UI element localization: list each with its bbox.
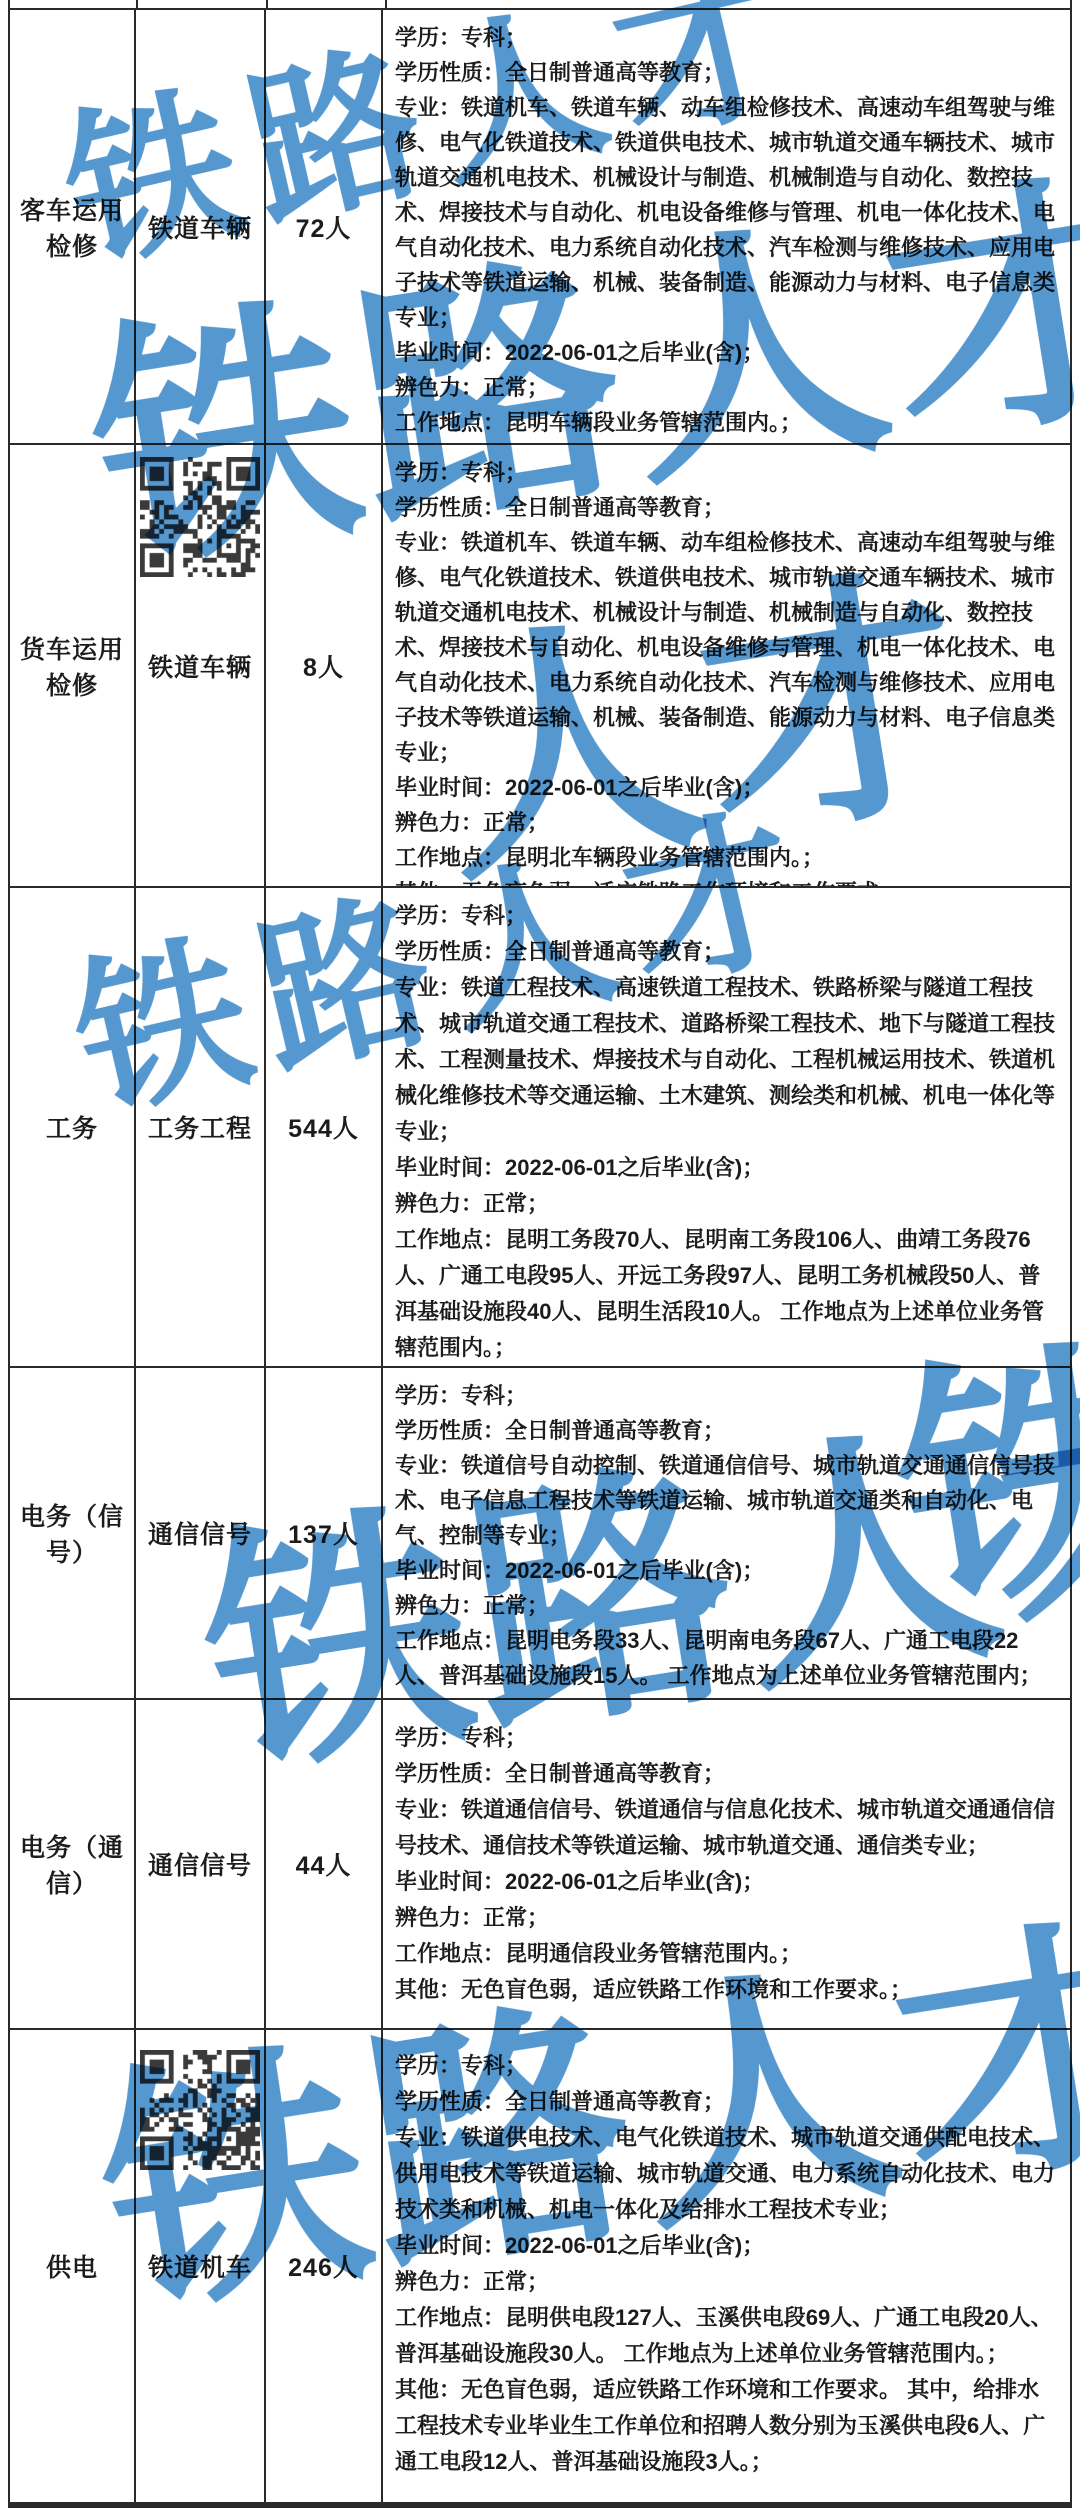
detail-line: 学历性质：全日制普通高等教育； — [395, 1413, 1056, 1448]
job-title: 工务 — [46, 1109, 98, 1145]
category-label: 工务工程 — [148, 1109, 252, 1145]
detail-line: 专业：铁道机车、铁道车辆、动车组检修技术、高速动车组驾驶与维修、电气化铁道技术、… — [395, 90, 1056, 335]
detail-line: 其他：无色盲色弱，适应铁路工作环境和工作要求。； — [395, 1972, 1056, 2008]
grid-line — [266, 0, 268, 8]
detail-line: 其他：无色盲色弱，适应铁路工作环境和工作要求。； — [395, 440, 1056, 443]
detail-line: 毕业时间：2022-06-01之后毕业(含)； — [395, 770, 1056, 805]
count-cell: 8人 — [266, 445, 383, 886]
detail-lines: 学历：专科；学历性质：全日制普通高等教育；专业：铁道供电技术、电气化铁道技术、城… — [395, 2048, 1056, 2480]
detail-line: 学历性质：全日制普通高等教育； — [395, 934, 1056, 970]
headcount: 544人 — [288, 1109, 359, 1145]
details-cell: 学历：专科；学历性质：全日制普通高等教育；专业：铁道机车、铁道车辆、动车组检修技… — [383, 10, 1070, 443]
detail-line: 学历性质：全日制普通高等教育； — [395, 490, 1056, 525]
category-cell: 通信信号 — [136, 1368, 266, 1698]
detail-line: 工作地点：昆明电务段33人、昆明南电务段67人、广通工电段22人、普洱基础设施段… — [395, 1623, 1056, 1693]
job-cell: 工务 — [10, 888, 136, 1366]
detail-lines: 学历：专科；学历性质：全日制普通高等教育；专业：铁道机车、铁道车辆、动车组检修技… — [395, 20, 1056, 443]
detail-lines: 学历：专科；学历性质：全日制普通高等教育；专业：铁道通信信号、铁道通信与信息化技… — [395, 1720, 1056, 2008]
category-label: 铁道车辆 — [148, 209, 252, 245]
job-title: 客车运用检修 — [10, 191, 134, 263]
detail-line: 其他：无色盲色弱，适应铁路工作环境和工作要求。 其中，给排水工程技术专业毕业生工… — [395, 2372, 1056, 2480]
category-label: 铁道车辆 — [148, 648, 252, 684]
detail-line: 专业：铁道工程技术、高速铁道工程技术、铁路桥梁与隧道工程技术、城市轨道交通工程技… — [395, 970, 1056, 1150]
job-cell: 货车运用检修 — [10, 445, 136, 886]
job-title: 供电 — [46, 2248, 98, 2284]
detail-line: 辨色力：正常； — [395, 370, 1056, 405]
headcount: 246人 — [288, 2248, 359, 2284]
detail-line: 毕业时间：2022-06-01之后毕业(含)； — [395, 1150, 1056, 1186]
category-cell: 铁道车辆 — [136, 445, 266, 886]
detail-line: 学历：专科； — [395, 1720, 1056, 1756]
count-cell: 246人 — [266, 2030, 383, 2502]
detail-line: 专业：铁道机车、铁道车辆、动车组检修技术、高速动车组驾驶与维修、电气化铁道技术、… — [395, 525, 1056, 770]
details-cell: 学历：专科；学历性质：全日制普通高等教育；专业：铁道机车、铁道车辆、动车组检修技… — [383, 445, 1070, 886]
detail-line: 毕业时间：2022-06-01之后毕业(含)； — [395, 2228, 1056, 2264]
count-cell: 72人 — [266, 10, 383, 443]
table-row: 客车运用检修 铁道车辆 72人 学历：专科；学历性质：全日制普通高等教育；专业：… — [10, 10, 1070, 445]
detail-lines: 学历：专科；学历性质：全日制普通高等教育；专业：铁道信号自动控制、铁道通信信号、… — [395, 1378, 1056, 1698]
table-row: 工务 工务工程 544人 学历：专科；学历性质：全日制普通高等教育；专业：铁道工… — [10, 888, 1070, 1368]
detail-line: 工作地点：昆明工务段70人、昆明南工务段106人、曲靖工务段76人、广通工电段9… — [395, 1222, 1056, 1366]
detail-line: 学历：专科； — [395, 455, 1056, 490]
detail-line: 专业：铁道通信信号、铁道通信与信息化技术、城市轨道交通通信信号技术、通信技术等铁… — [395, 1792, 1056, 1864]
detail-line: 辨色力：正常； — [395, 1900, 1056, 1936]
table-row: 电务（信号） 通信信号 137人 学历：专科；学历性质：全日制普通高等教育；专业… — [10, 1368, 1070, 1700]
grid-line — [8, 0, 10, 8]
detail-line: 工作地点：昆明通信段业务管辖范围内。； — [395, 1936, 1056, 1972]
category-cell: 通信信号 — [136, 1700, 266, 2028]
job-cell: 客车运用检修 — [10, 10, 136, 443]
detail-line: 辨色力：正常； — [395, 2264, 1056, 2300]
detail-line: 学历：专科； — [395, 1378, 1056, 1413]
detail-line: 学历性质：全日制普通高等教育； — [395, 1756, 1056, 1792]
detail-line: 工作地点：昆明北车辆段业务管辖范围内。； — [395, 840, 1056, 875]
table-row: 货车运用检修 铁道车辆 8人 学历：专科；学历性质：全日制普通高等教育；专业：铁… — [10, 445, 1070, 888]
category-cell: 工务工程 — [136, 888, 266, 1366]
detail-line: 工作地点：昆明供电段127人、玉溪供电段69人、广通工电段20人、普洱基础设施段… — [395, 2300, 1056, 2372]
job-cell: 电务（信号） — [10, 1368, 136, 1698]
count-cell: 137人 — [266, 1368, 383, 1698]
job-cell: 供电 — [10, 2030, 136, 2502]
details-cell: 学历：专科；学历性质：全日制普通高等教育；专业：铁道供电技术、电气化铁道技术、城… — [383, 2030, 1070, 2502]
detail-line: 学历：专科； — [395, 2048, 1056, 2084]
table-row: 电务（通信） 通信信号 44人 学历：专科；学历性质：全日制普通高等教育；专业：… — [10, 1700, 1070, 2030]
job-title: 电务（信号） — [10, 1497, 134, 1569]
detail-line: 专业：铁道信号自动控制、铁道通信信号、城市轨道交通通信信号技术、电子信息工程技术… — [395, 1448, 1056, 1553]
detail-line: 工作地点：昆明车辆段业务管辖范围内。； — [395, 405, 1056, 440]
table-row: 供电 铁道机车 246人 学历：专科；学历性质：全日制普通高等教育；专业：铁道供… — [10, 2030, 1070, 2502]
qr-code-image — [140, 2050, 260, 2170]
grid-line — [1070, 0, 1072, 8]
detail-line: 专业：铁道供电技术、电气化铁道技术、城市轨道交通供配电技术、供用电技术等铁道运输… — [395, 2120, 1056, 2228]
detail-line: 其他：无色盲色弱，适应铁路工作环境和工作要求。； — [395, 1693, 1056, 1698]
grid-line — [136, 0, 138, 8]
headcount: 44人 — [296, 1846, 352, 1882]
count-cell: 544人 — [266, 888, 383, 1366]
category-label: 通信信号 — [148, 1515, 252, 1551]
headcount: 72人 — [296, 209, 352, 245]
detail-line: 毕业时间：2022-06-01之后毕业(含)； — [395, 1864, 1056, 1900]
detail-line: 毕业时间：2022-06-01之后毕业(含)； — [395, 335, 1056, 370]
grid-line — [385, 0, 387, 8]
details-cell: 学历：专科；学历性质：全日制普通高等教育；专业：铁道通信信号、铁道通信与信息化技… — [383, 1700, 1070, 2028]
qr-code-image — [140, 457, 260, 577]
detail-line: 辨色力：正常； — [395, 1186, 1056, 1222]
recruitment-table: 客车运用检修 铁道车辆 72人 学历：专科；学历性质：全日制普通高等教育；专业：… — [8, 8, 1072, 2508]
detail-line: 辨色力：正常； — [395, 1588, 1056, 1623]
detail-line: 辨色力：正常； — [395, 805, 1056, 840]
category-label: 铁道机车 — [148, 2248, 252, 2284]
recruitment-table-page: 客车运用检修 铁道车辆 72人 学历：专科；学历性质：全日制普通高等教育；专业：… — [0, 0, 1080, 2518]
job-cell: 电务（通信） — [10, 1700, 136, 2028]
count-cell: 44人 — [266, 1700, 383, 2028]
detail-line: 学历：专科； — [395, 20, 1056, 55]
job-title: 电务（通信） — [10, 1828, 134, 1900]
headcount: 8人 — [303, 648, 344, 684]
table-top-sliver — [8, 0, 1072, 8]
detail-lines: 学历：专科；学历性质：全日制普通高等教育；专业：铁道机车、铁道车辆、动车组检修技… — [395, 455, 1056, 886]
detail-line: 毕业时间：2022-06-01之后毕业(含)； — [395, 1553, 1056, 1588]
category-cell: 铁道车辆 — [136, 10, 266, 443]
job-title: 货车运用检修 — [10, 630, 134, 702]
headcount: 137人 — [288, 1515, 359, 1551]
category-cell: 铁道机车 — [136, 2030, 266, 2502]
detail-lines: 学历：专科；学历性质：全日制普通高等教育；专业：铁道工程技术、高速铁道工程技术、… — [395, 898, 1056, 1366]
details-cell: 学历：专科；学历性质：全日制普通高等教育；专业：铁道工程技术、高速铁道工程技术、… — [383, 888, 1070, 1366]
category-label: 通信信号 — [148, 1846, 252, 1882]
detail-line: 其他：无色盲色弱，适应铁路工作环境和工作要求。； — [395, 875, 1056, 886]
details-cell: 学历：专科；学历性质：全日制普通高等教育；专业：铁道信号自动控制、铁道通信信号、… — [383, 1368, 1070, 1698]
detail-line: 学历性质：全日制普通高等教育； — [395, 55, 1056, 90]
detail-line: 学历性质：全日制普通高等教育； — [395, 2084, 1056, 2120]
detail-line: 学历：专科； — [395, 898, 1056, 934]
